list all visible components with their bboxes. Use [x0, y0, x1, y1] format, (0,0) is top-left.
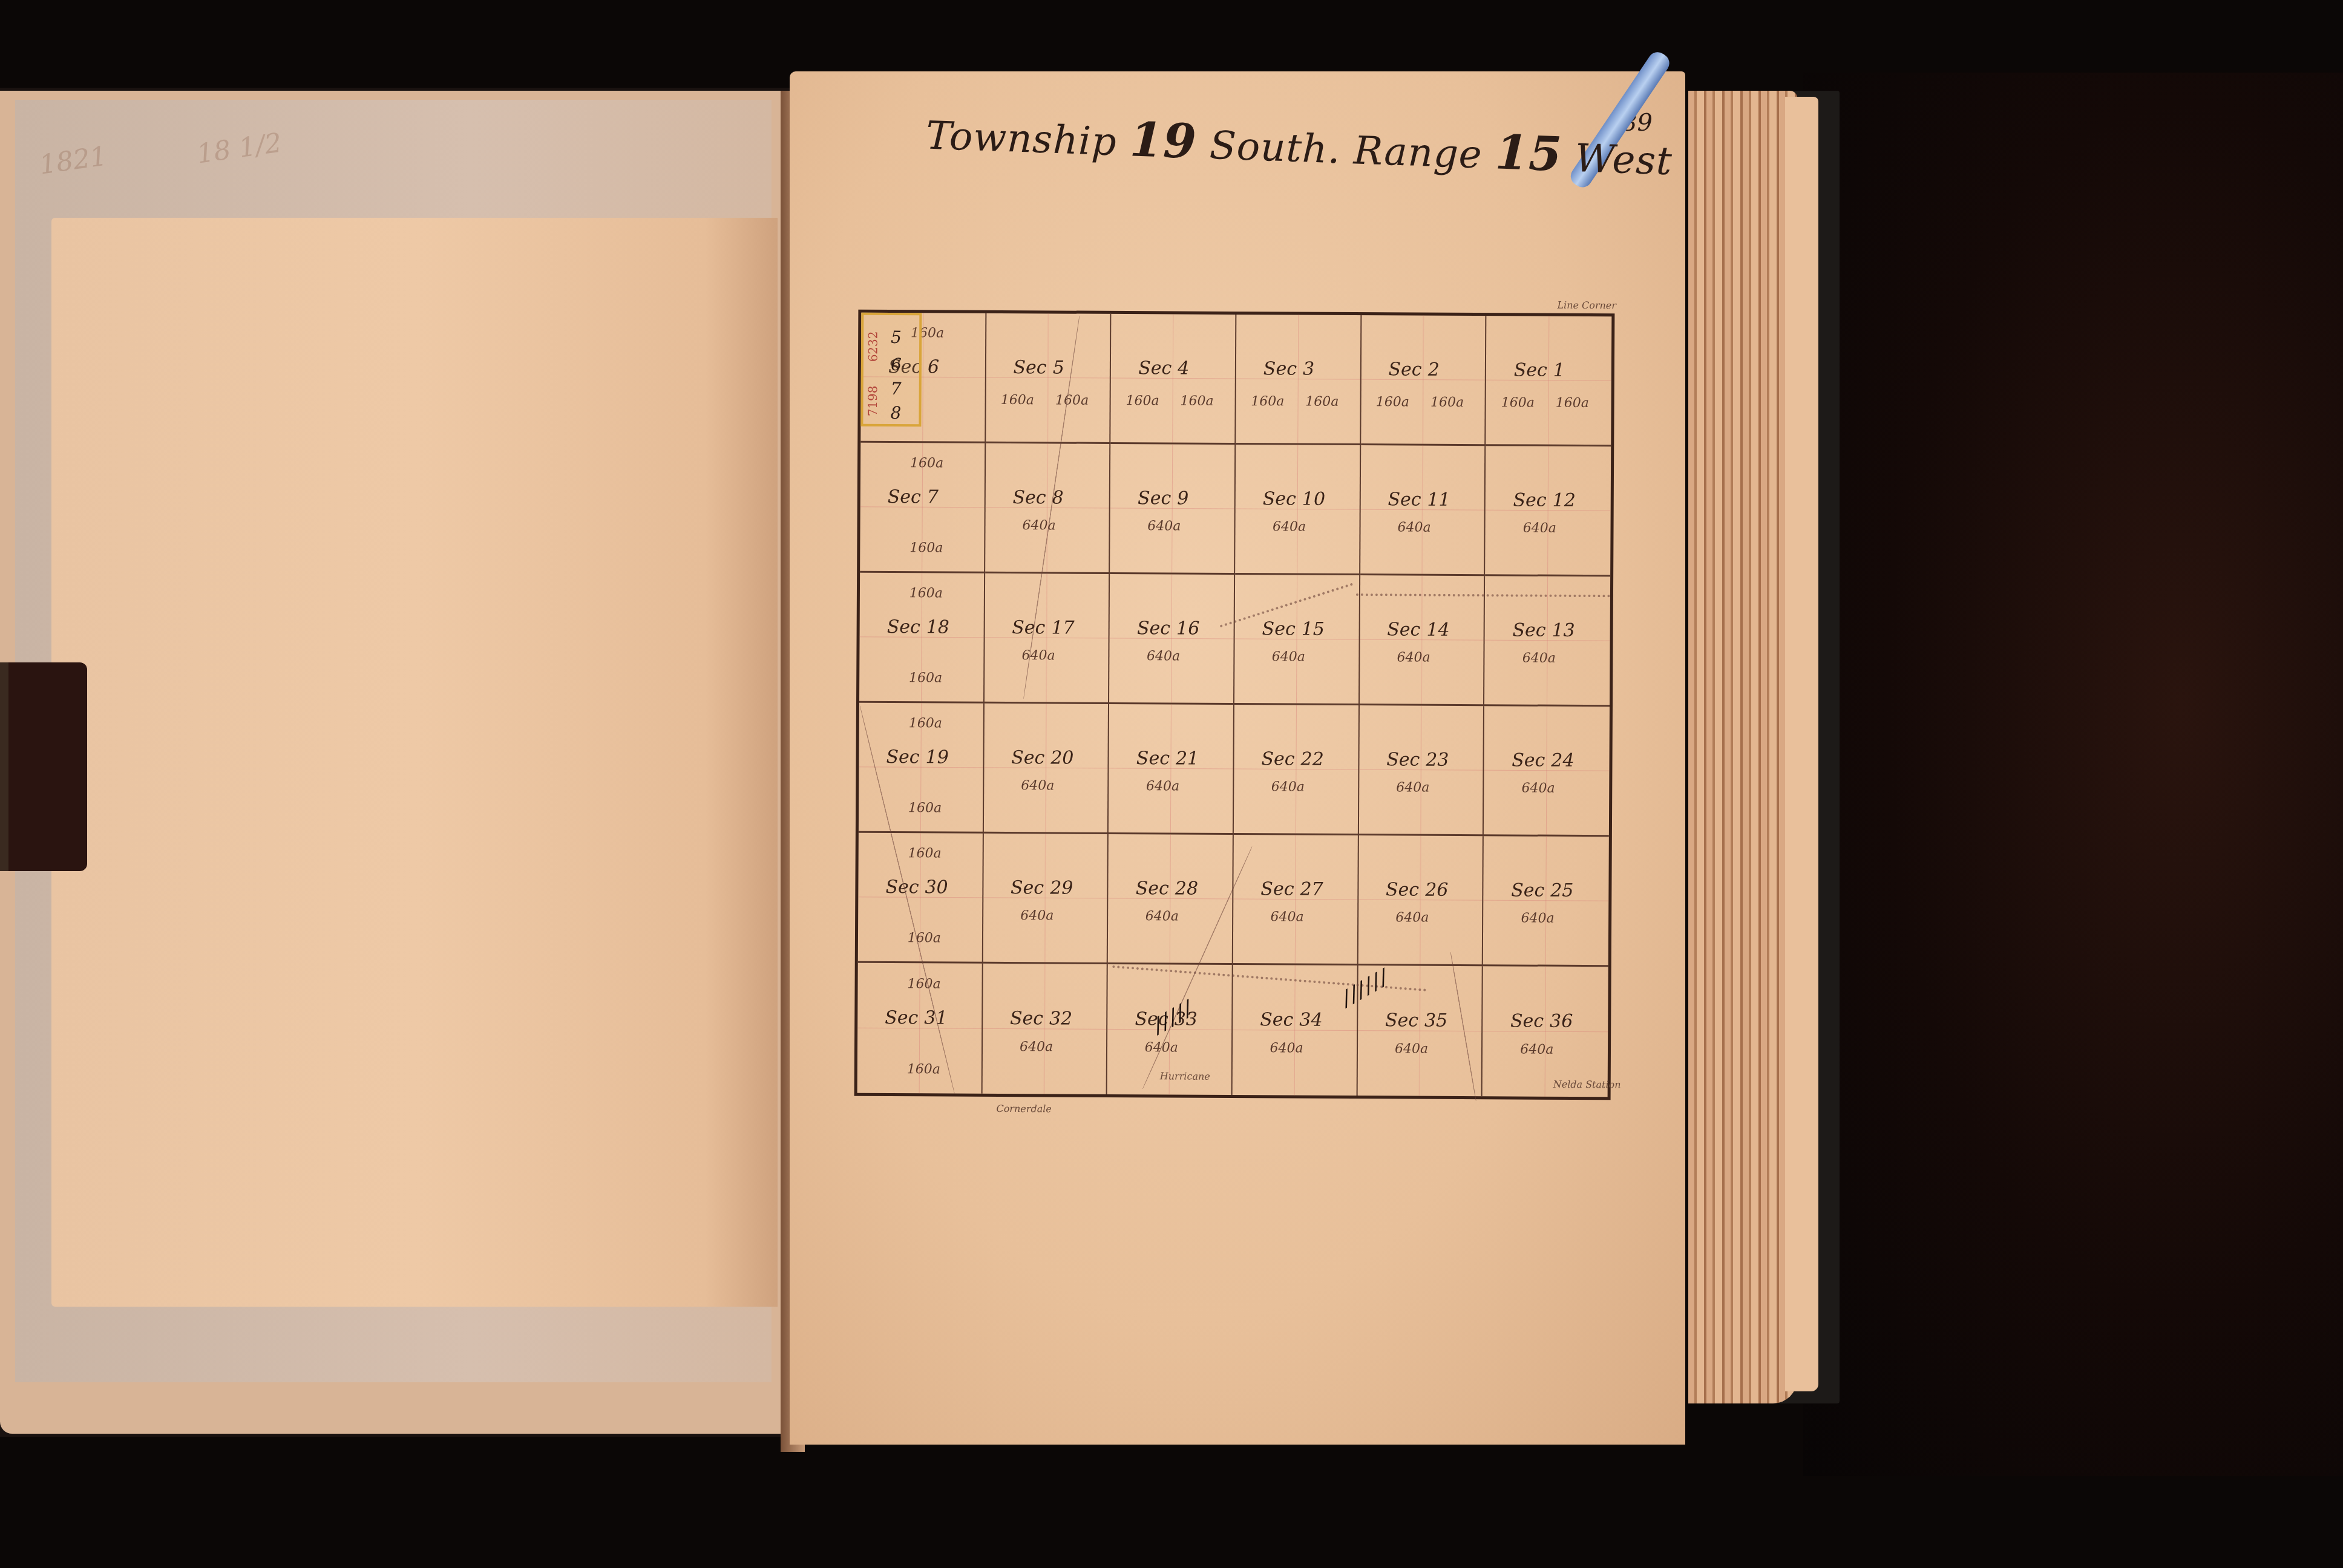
section-acreage: 640a	[1021, 778, 1054, 793]
section-prefix: Sec	[1385, 1010, 1418, 1031]
range-direction: West	[1575, 136, 1673, 185]
section-acreage: 160a	[1181, 394, 1214, 409]
section-number: 11	[1427, 489, 1450, 511]
township-plat-map: Sec6160aSec5160a 160aSec4160a 160aSec316…	[854, 310, 1615, 1100]
section-prefix: Sec	[887, 616, 920, 638]
section-prefix: Sec	[1512, 619, 1545, 641]
section-label: Sec15	[1262, 618, 1325, 640]
section-number: 26	[1425, 880, 1448, 901]
section-acreage: 640a	[1520, 1042, 1553, 1057]
section-label: Sec3	[1263, 358, 1314, 379]
section-prefix: Sec	[1013, 357, 1046, 378]
lot-acreage: 160a	[908, 800, 942, 815]
section-number: 36	[1550, 1011, 1573, 1032]
section-acreage: 640a	[1021, 648, 1055, 663]
lot-acreage: 160a	[909, 716, 942, 731]
section-label: Sec24	[1512, 750, 1574, 771]
section-number: 10	[1302, 489, 1325, 510]
section-acreage: 640a	[1522, 780, 1555, 795]
section-number: 12	[1553, 490, 1576, 511]
section-label: Sec29	[1011, 877, 1073, 899]
bleed-text-2: 1821	[38, 140, 109, 180]
section-acreage: 160a	[1055, 393, 1089, 408]
section-label: Sec10	[1263, 488, 1325, 510]
section-acreage: 640a	[1521, 910, 1554, 926]
section-acreage: 640a	[1396, 780, 1429, 795]
section-cell: Sec19160a160a	[859, 703, 985, 834]
binding-clip	[0, 662, 87, 871]
lot-acreage: 160a	[910, 456, 943, 471]
section-cell: Sec26640a	[1358, 835, 1484, 966]
page-edges-flat	[1785, 97, 1818, 1391]
section-label: Sec30	[885, 877, 948, 898]
section-number: 16	[1176, 618, 1199, 639]
section-cell: Sec5160a 160a	[986, 313, 1112, 444]
section-number: 19	[926, 746, 949, 768]
corner-highlight-box: 6232 7198 5 6 7 8	[860, 313, 922, 427]
section-cell: Sec28640a	[1108, 834, 1234, 965]
section-number: 7	[927, 486, 939, 508]
section-label: Sec35	[1385, 1010, 1447, 1031]
section-acreage: 640a	[1270, 1040, 1303, 1056]
section-label: Sec19	[886, 746, 948, 768]
section-acreage: 640a	[1023, 518, 1056, 533]
section-acreage: 160a	[1501, 396, 1535, 411]
section-acreage: 640a	[1273, 519, 1306, 534]
section-label: Sec34	[1260, 1009, 1322, 1031]
section-number: 25	[1550, 880, 1573, 901]
section-cell: Sec21640a	[1109, 704, 1234, 835]
section-number: 30	[925, 877, 948, 898]
section-prefix: Sec	[1514, 359, 1547, 381]
section-label: Sec9	[1138, 488, 1188, 509]
section-number: 6	[928, 356, 939, 377]
section-label: Sec22	[1261, 748, 1323, 770]
section-acreage-pair: 160a 160a	[1126, 393, 1213, 409]
section-cell: Sec29640a	[983, 834, 1109, 964]
annotation-station: Nelda Station	[1553, 1079, 1621, 1091]
section-acreage-pair: 160a 160a	[1376, 395, 1464, 411]
section-acreage: 640a	[1147, 648, 1180, 664]
section-prefix: Sec	[1010, 1008, 1043, 1029]
section-label: Sec20	[1011, 747, 1073, 769]
section-acreage: 160a	[1556, 396, 1589, 411]
section-prefix: Sec	[1510, 1010, 1544, 1031]
section-acreage: 640a	[1395, 1041, 1428, 1056]
section-cell: Sec2160a 160a	[1361, 315, 1487, 446]
lot-acreage: 160a	[909, 586, 943, 601]
township-direction: South.	[1209, 123, 1342, 173]
section-cell: Sec16640a	[1109, 574, 1235, 705]
section-prefix: Sec	[1138, 358, 1171, 379]
section-number: 28	[1175, 878, 1198, 900]
title-prefix: Township	[925, 113, 1118, 165]
section-number: 13	[1552, 620, 1575, 641]
section-label: Sec7	[888, 486, 939, 508]
section-label: Sec28	[1136, 878, 1198, 900]
section-number: 3	[1303, 359, 1314, 380]
section-prefix: Sec	[1388, 489, 1421, 510]
section-cell: Sec9640a	[1110, 444, 1236, 575]
lot-acreage: 160a	[907, 1062, 940, 1077]
section-grid: Sec6160aSec5160a 160aSec4160a 160aSec316…	[857, 313, 1612, 1097]
section-acreage: 640a	[1146, 779, 1179, 794]
section-number: 22	[1301, 749, 1324, 770]
section-prefix: Sec	[1012, 487, 1046, 508]
section-acreage: 640a	[1145, 909, 1179, 924]
section-acreage: 160a	[1126, 393, 1159, 408]
corner-red-note-1: 6232	[865, 331, 880, 362]
corner-red-note-2: 7198	[865, 385, 880, 416]
section-number: 18	[926, 616, 949, 638]
section-prefix: Sec	[1512, 750, 1545, 771]
section-label: Sec11	[1388, 489, 1450, 511]
annotation-cornerdale: Cornerdale	[996, 1103, 1051, 1114]
section-acreage: 640a	[1522, 650, 1556, 665]
section-acreage: 640a	[1272, 649, 1305, 664]
section-cell: Sec36640a	[1483, 966, 1608, 1097]
section-prefix: Sec	[1136, 878, 1169, 899]
section-cell: Sec20640a	[984, 704, 1110, 834]
corner-dark-note-4: 8	[890, 403, 901, 423]
section-label: Sec17	[1012, 617, 1074, 639]
section-prefix: Sec	[1263, 358, 1297, 379]
section-number: 14	[1426, 619, 1449, 641]
section-cell: Sec18160a160a	[859, 573, 985, 704]
section-prefix: Sec	[1513, 489, 1546, 511]
section-cell: Sec24640a	[1484, 706, 1610, 837]
section-label: Sec12	[1513, 489, 1575, 511]
annotation-hurricane: Hurricane	[1160, 1070, 1210, 1082]
section-prefix: Sec	[1136, 748, 1170, 769]
section-number: 29	[1050, 877, 1073, 898]
bleed-text-1: 18 1/2	[195, 127, 284, 169]
section-prefix: Sec	[886, 746, 919, 768]
section-acreage-pair: 160a 160a	[1001, 393, 1089, 408]
section-acreage: 640a	[1523, 520, 1556, 535]
section-acreage: 640a	[1020, 908, 1054, 923]
section-acreage: 640a	[1398, 520, 1431, 535]
section-cell: Sec22640a	[1234, 705, 1360, 835]
section-label: Sec18	[887, 616, 949, 638]
section-prefix: Sec	[885, 1007, 918, 1028]
section-prefix: Sec	[1386, 749, 1420, 770]
section-number: 5	[1053, 357, 1064, 378]
section-prefix: Sec	[888, 486, 921, 508]
section-cell: Sec23640a	[1359, 705, 1485, 836]
annotation-line-corner: Line Corner	[1557, 299, 1616, 312]
section-number: 21	[1176, 748, 1199, 769]
township-number: 19	[1129, 112, 1198, 169]
section-label: Sec5	[1013, 357, 1064, 378]
section-cell: Sec27640a	[1233, 835, 1359, 965]
section-cell: Sec8640a	[985, 443, 1111, 574]
section-label: Sec23	[1386, 749, 1449, 771]
range-word: Range	[1353, 128, 1483, 177]
corner-dark-note-2: 6	[891, 354, 902, 374]
section-number: 35	[1424, 1010, 1447, 1031]
section-prefix: Sec	[1260, 1009, 1293, 1030]
section-prefix: Sec	[1262, 618, 1296, 639]
background-dark	[1803, 73, 2343, 1476]
section-cell: Sec17640a	[985, 573, 1110, 704]
section-acreage: 160a	[1251, 394, 1284, 410]
section-prefix: Sec	[1138, 488, 1171, 509]
section-acreage: 160a	[1376, 395, 1409, 410]
section-number: 4	[1178, 358, 1189, 379]
section-prefix: Sec	[1261, 748, 1294, 769]
section-label: Sec25	[1511, 880, 1573, 901]
corner-dark-note-1: 5	[891, 327, 902, 347]
section-cell: Sec1160a 160a	[1486, 316, 1612, 446]
section-number: 32	[1049, 1008, 1072, 1029]
corner-dark-note-3: 7	[891, 379, 902, 399]
section-prefix: Sec	[1012, 617, 1045, 638]
section-number: 15	[1302, 619, 1325, 640]
lot-acreage: 160a	[909, 540, 943, 555]
section-cell: Sec3160a 160a	[1236, 315, 1362, 445]
section-number: 27	[1300, 879, 1323, 900]
lot-acreage: 160a	[907, 976, 940, 991]
section-cell: Sec12640a	[1485, 446, 1611, 577]
section-number: 2	[1428, 359, 1440, 381]
section-cell: Sec31160a160a	[857, 963, 983, 1094]
left-tracing-sheet	[51, 218, 778, 1307]
section-prefix: Sec	[1511, 880, 1544, 901]
section-label: Sec1	[1514, 359, 1565, 381]
lot-acreage: 160a	[908, 930, 941, 946]
range-number: 15	[1495, 125, 1564, 182]
section-prefix: Sec	[1263, 488, 1296, 509]
section-cell: Sec10640a	[1235, 445, 1361, 575]
section-label: Sec36	[1510, 1010, 1573, 1032]
section-acreage-pair: 160a 160a	[1251, 394, 1339, 410]
section-label: Sec2	[1388, 359, 1439, 380]
section-label: Sec21	[1136, 748, 1199, 769]
section-acreage: 640a	[1020, 1039, 1053, 1054]
section-acreage: 640a	[1271, 779, 1305, 794]
section-cell: Sec25640a	[1483, 836, 1609, 967]
section-acreage: 640a	[1397, 650, 1430, 665]
section-acreage: 640a	[1270, 909, 1303, 924]
section-label: Sec14	[1387, 619, 1449, 641]
section-label: Sec16	[1137, 618, 1199, 639]
section-prefix: Sec	[1011, 747, 1044, 768]
section-number: 23	[1426, 750, 1449, 771]
section-prefix: Sec	[1260, 878, 1294, 900]
section-prefix: Sec	[1011, 877, 1044, 898]
section-cell: Sec15640a	[1234, 575, 1360, 705]
section-cell: Sec30160a160a	[858, 833, 984, 964]
section-label: Sec32	[1010, 1008, 1072, 1030]
section-cell: Sec32640a	[982, 964, 1108, 1094]
section-acreage: 160a	[1305, 394, 1339, 410]
lot-acreage: 160a	[908, 846, 941, 861]
section-cell: Sec4160a 160a	[1111, 314, 1237, 445]
section-number: 24	[1551, 750, 1574, 771]
page-edges	[1688, 91, 1797, 1403]
section-cell: Sec11640a	[1360, 445, 1486, 576]
section-acreage: 160a	[1001, 393, 1034, 408]
section-cell: Sec7160a160a	[860, 443, 986, 573]
section-number: 34	[1299, 1010, 1322, 1031]
section-prefix: Sec	[1388, 359, 1421, 380]
section-acreage: 640a	[1395, 910, 1429, 925]
section-label: Sec13	[1512, 619, 1575, 641]
section-label: Sec8	[1012, 487, 1063, 508]
section-acreage: 640a	[1147, 518, 1181, 534]
section-label: Sec4	[1138, 358, 1189, 379]
section-number: 17	[1051, 617, 1074, 638]
section-number: 9	[1177, 488, 1188, 509]
section-prefix: Sec	[1387, 619, 1420, 640]
section-acreage: 160a	[1430, 395, 1464, 410]
lot-acreage: 160a	[909, 670, 942, 685]
section-number: 1	[1553, 360, 1565, 381]
section-label: Sec26	[1386, 879, 1448, 901]
section-prefix: Sec	[1137, 618, 1170, 639]
section-acreage-pair: 160a 160a	[1501, 396, 1589, 411]
section-number: 20	[1050, 747, 1073, 768]
section-label: Sec27	[1260, 878, 1323, 900]
section-prefix: Sec	[1386, 879, 1419, 900]
